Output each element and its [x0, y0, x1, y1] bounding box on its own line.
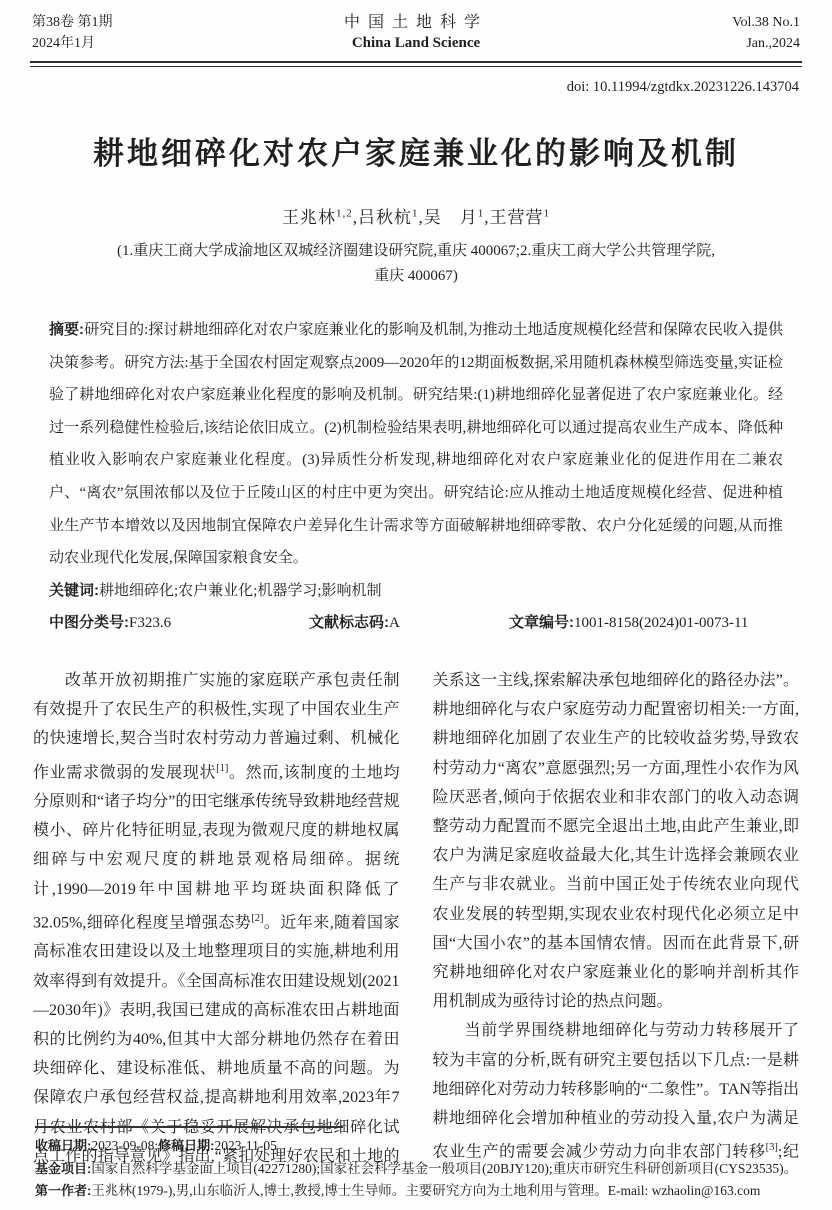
body-columns: 改革开放初期推广实施的家庭联产承包责任制有效提升了农民生产的积极性,实现了中国农… — [33, 666, 799, 1192]
footnote-area: 收稿日期:2023-09-08;修稿日期:2023-11-05 基金项目:国家自… — [35, 1126, 799, 1203]
abstract-label: 摘要: — [49, 321, 84, 338]
date-cn: 2024年1月 — [32, 33, 212, 54]
keywords-line: 关键词:耕地细碎化;农户兼业化;机器学习;影响机制 — [49, 575, 783, 608]
journal-header: 第38卷 第1期 2024年1月 中国土地科学 China Land Scien… — [0, 0, 832, 59]
header-right: Vol.38 No.1 Jan.,2024 — [620, 12, 800, 54]
author-affiliation-mark: 1 — [478, 207, 485, 219]
classification-row: 中图分类号:F323.6 文献标志码:A 文章编号:1001-8158(2024… — [49, 607, 783, 640]
keywords-text: 耕地细碎化;农户兼业化;机器学习;影响机制 — [99, 583, 382, 599]
abstract-text: 研究目的:探讨耕地细碎化对农户家庭兼业化的影响及机制,为推动土地适度规模化经营和… — [49, 322, 783, 566]
first-author-value: 王兆林(1979-),男,山东临沂人,博士,教授,博士生导师。主要研究方向为土地… — [91, 1183, 760, 1198]
journal-name-cn: 中国土地科学 — [212, 12, 620, 33]
article-id-value: 1001-8158(2024)01-0073-11 — [574, 615, 748, 631]
page-title: 耕地细碎化对农户家庭兼业化的影响及机制 — [0, 128, 832, 173]
article-id-item: 文章编号:1001-8158(2024)01-0073-11 — [509, 607, 783, 640]
author-affiliation-mark: 1 — [412, 207, 419, 219]
author-affiliation-mark: 1 — [544, 207, 551, 219]
fund-label: 基金项目: — [35, 1161, 91, 1176]
footnote-divider — [35, 1126, 343, 1128]
affiliation-line1: (1.重庆工商大学成渝地区双城经济圈建设研究院,重庆 400067;2.重庆工商… — [0, 239, 832, 264]
received-value: 2023-09-08; — [91, 1138, 158, 1153]
clc-label: 中图分类号: — [49, 614, 129, 631]
doc-code-item: 文献标志码:A — [309, 607, 509, 640]
doi: doi: 10.11994/zgtdkx.20231226.143704 — [33, 79, 799, 96]
doc-code-value: A — [389, 615, 400, 631]
authors-line: 王兆林1,2,吕秋杭1,吴 月1,王营营1 — [0, 203, 832, 228]
reference-mark: [2] — [251, 913, 263, 924]
header-center: 中国土地科学 China Land Science — [212, 12, 620, 54]
reference-mark: [1] — [216, 763, 228, 774]
received-line: 收稿日期:2023-09-08;修稿日期:2023-11-05 — [35, 1135, 799, 1158]
date-en: Jan.,2024 — [620, 33, 800, 54]
header-divider — [30, 61, 802, 67]
received-label: 收稿日期: — [35, 1138, 91, 1153]
author-name: 王营营1 — [490, 208, 551, 227]
article-id-label: 文章编号: — [509, 614, 574, 631]
author-name: 王兆林1,2 — [282, 208, 353, 227]
keywords-label: 关键词: — [49, 582, 99, 599]
journal-name-en: China Land Science — [212, 33, 620, 54]
revised-label: 修稿日期: — [158, 1138, 214, 1153]
revised-value: 2023-11-05 — [214, 1138, 277, 1153]
first-author-line: 第一作者:王兆林(1979-),男,山东临沂人,博士,教授,博士生导师。主要研究… — [35, 1180, 799, 1203]
fund-line: 基金项目:国家自然科学基金面上项目(42271280);国家社会科学基金一般项目… — [35, 1158, 799, 1181]
author-affiliation-mark: 1,2 — [336, 207, 353, 219]
author-name: 吕秋杭1 — [358, 208, 419, 227]
volume-issue-en: Vol.38 No.1 — [620, 12, 800, 33]
abstract-block: 摘要:研究目的:探讨耕地细碎化对农户家庭兼业化的影响及机制,为推动土地适度规模化… — [49, 314, 783, 607]
doc-code-label: 文献标志码: — [309, 614, 389, 631]
volume-issue-cn: 第38卷 第1期 — [32, 12, 212, 33]
affiliation: (1.重庆工商大学成渝地区双城经济圈建设研究院,重庆 400067;2.重庆工商… — [0, 239, 832, 289]
author-name: 吴 月1 — [424, 208, 485, 227]
fund-value: 国家自然科学基金面上项目(42271280);国家社会科学基金一般项目(20BJ… — [91, 1161, 797, 1176]
paper-page: 第38卷 第1期 2024年1月 中国土地科学 China Land Scien… — [0, 0, 832, 1210]
clc-item: 中图分类号:F323.6 — [49, 607, 309, 640]
affiliation-line2: 重庆 400067) — [0, 264, 832, 289]
header-left: 第38卷 第1期 2024年1月 — [32, 12, 212, 54]
clc-value: F323.6 — [129, 615, 171, 631]
first-author-label: 第一作者: — [35, 1183, 91, 1198]
abstract-paragraph: 摘要:研究目的:探讨耕地细碎化对农户家庭兼业化的影响及机制,为推动土地适度规模化… — [49, 314, 783, 575]
